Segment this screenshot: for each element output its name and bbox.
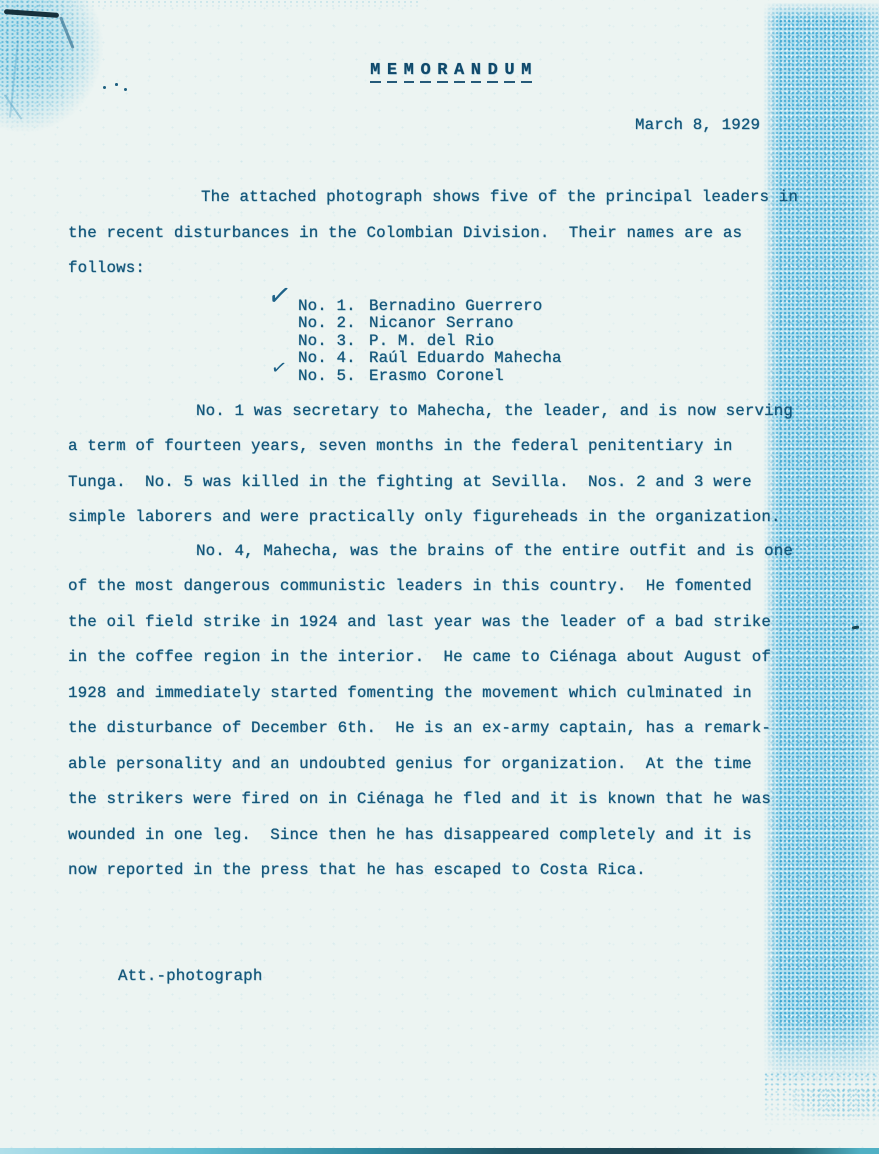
body-line: 1928 and immediately started fomenting t… <box>68 684 752 702</box>
leader-name: P. M. del Rio <box>369 332 494 350</box>
leader-number: No. 3. <box>298 332 369 350</box>
leader-number: No. 4. <box>298 349 369 367</box>
memo-date: March 8, 1929 <box>635 116 760 134</box>
bottom-scan-strip <box>0 1148 879 1154</box>
ink-dots <box>103 86 106 89</box>
checkmark-icon: ✓ <box>265 275 294 315</box>
ink-dots <box>124 88 127 91</box>
top-edge-fuzz-artifact <box>0 0 420 10</box>
body-line: the oil field strike in 1924 and last ye… <box>68 613 771 631</box>
memo-title: MEMORANDUM <box>370 62 538 83</box>
body-line: No. 1 was secretary to Mahecha, the lead… <box>196 402 793 420</box>
leader-number: No. 1. <box>298 297 369 315</box>
checkmark-icon: ✓ <box>269 356 289 380</box>
leader-name: Nicanor Serrano <box>369 314 513 332</box>
leader-name: Bernadino Guerrero <box>369 297 542 315</box>
leader-row: No. 1.Bernadino Guerrero <box>298 297 542 315</box>
body-line: the strikers were fired on in Ciénaga he… <box>68 790 771 808</box>
body-line: wounded in one leg. Since then he has di… <box>68 826 752 844</box>
leader-number: No. 2. <box>298 314 369 332</box>
attachment-note: Att.-photograph <box>118 967 262 985</box>
intro-line: The attached photograph shows five of th… <box>201 188 798 206</box>
ink-dots <box>115 83 118 86</box>
leader-row: No. 2.Nicanor Serrano <box>298 314 513 332</box>
body-line: in the coffee region in the interior. He… <box>68 648 771 666</box>
body-line: simple laborers and were practically onl… <box>68 508 781 526</box>
top-left-blotch-artifact <box>0 0 120 162</box>
body-line: No. 4, Mahecha, was the brains of the en… <box>196 542 793 560</box>
leader-name: Raúl Eduardo Mahecha <box>369 349 562 367</box>
body-line: Tunga. No. 5 was killed in the fighting … <box>68 473 752 491</box>
body-line: now reported in the press that he has es… <box>68 861 646 879</box>
body-line: able personality and an undoubted genius… <box>68 755 752 773</box>
body-line: the disturbance of December 6th. He is a… <box>68 719 771 737</box>
body-line: of the most dangerous communistic leader… <box>68 577 752 595</box>
bottom-right-speckle-artifact <box>791 1088 879 1120</box>
leader-row: No. 5.Erasmo Coronel <box>298 367 504 385</box>
leader-name: Erasmo Coronel <box>369 367 504 385</box>
intro-line: the recent disturbances in the Colombian… <box>68 224 742 242</box>
leader-row: No. 3.P. M. del Rio <box>298 332 494 350</box>
memo-scanned-page: MEMORANDUM March 8, 1929 The attached ph… <box>0 0 879 1154</box>
leader-row: No. 4.Raúl Eduardo Mahecha <box>298 349 562 367</box>
leader-number: No. 5. <box>298 367 369 385</box>
body-line: a term of fourteen years, seven months i… <box>68 437 732 455</box>
intro-line: follows: <box>68 259 145 277</box>
